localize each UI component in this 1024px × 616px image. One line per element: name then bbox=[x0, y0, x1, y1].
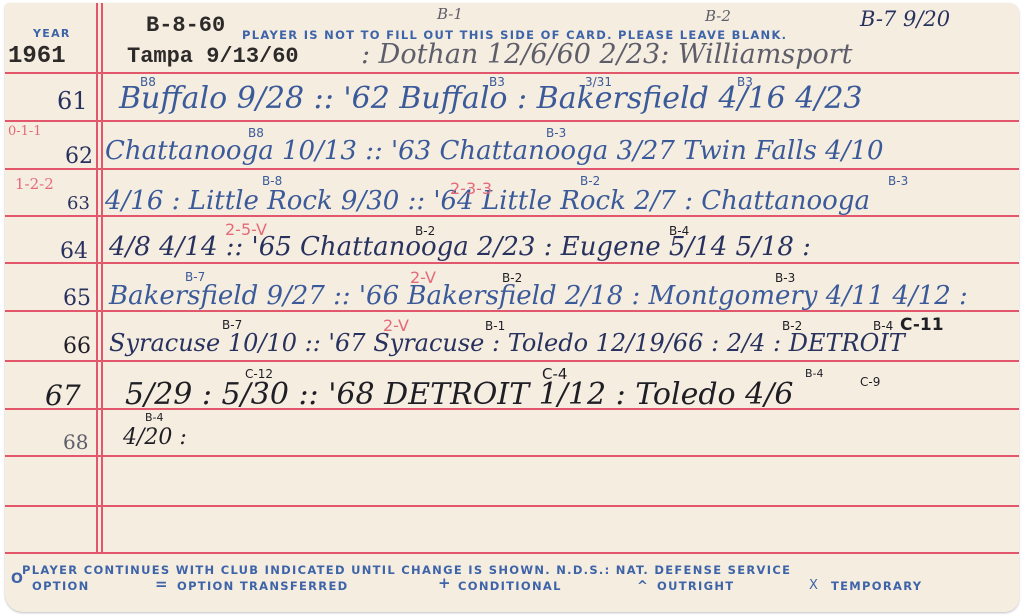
annotation: B-2 bbox=[580, 174, 600, 188]
rule-line bbox=[5, 505, 1019, 507]
row-entry: 4/8 4/14 :: '65 Chattanooga 2/23 : Eugen… bbox=[109, 232, 811, 262]
legend-conditional: CONDITIONAL bbox=[458, 579, 562, 593]
row-year: 61 bbox=[57, 87, 88, 115]
annotation: B3 bbox=[489, 75, 505, 89]
annotation: B-2 bbox=[782, 319, 802, 333]
annotation: B-7 bbox=[185, 270, 205, 284]
margin-note: 1-2-2 bbox=[15, 175, 54, 193]
row-entry: Chattanooga 10/13 :: '63 Chattanooga 3/2… bbox=[105, 136, 884, 166]
row-entry: Bakersfield 9/27 :: '66 Bakersfield 2/18… bbox=[109, 281, 968, 311]
row-entry: 5/29 : 5/30 :: '68 DETROIT 1/12 : Toledo… bbox=[125, 377, 793, 412]
annotation-red: 2-V bbox=[383, 316, 409, 335]
annotation: B-3 bbox=[546, 126, 566, 140]
option-transferred-symbol-icon: = bbox=[155, 575, 169, 593]
annotation: C-11 bbox=[900, 315, 944, 335]
margin-note: 0-1-1 bbox=[8, 124, 42, 139]
annotation: B-7 bbox=[222, 318, 242, 332]
annotation-red: 2-5-V bbox=[225, 220, 267, 239]
annotation-red: 2-V bbox=[410, 268, 436, 287]
row-1961-entries: : Dothan 12/6/60 2/23: Williamsport bbox=[361, 39, 853, 70]
annotation-red: 2-3-3 bbox=[450, 179, 492, 198]
year-value: 1961 bbox=[8, 43, 66, 70]
annotation-b2: B-2 bbox=[705, 7, 731, 25]
year-label: YEAR bbox=[33, 27, 71, 40]
legend-option: OPTION bbox=[32, 579, 90, 593]
conditional-symbol-icon: + bbox=[438, 574, 452, 592]
annotation: B-4 bbox=[805, 367, 824, 380]
column-divider bbox=[96, 3, 98, 552]
row-year: 66 bbox=[63, 334, 91, 359]
rule-line bbox=[5, 168, 1019, 170]
row-entry: Syracuse 10/10 :: '67 Syracuse : Toledo … bbox=[109, 329, 905, 357]
rule-line bbox=[5, 262, 1019, 264]
outright-symbol-icon: ^ bbox=[637, 579, 649, 594]
annotation: B-4 bbox=[145, 411, 164, 424]
annotation: B-1 bbox=[485, 319, 505, 333]
typed-entry: Tampa 9/13/60 bbox=[127, 44, 299, 69]
temporary-symbol-icon: X bbox=[809, 578, 819, 593]
annotation-top-right: B-7 9/20 bbox=[860, 7, 950, 31]
player-record-card: YEAR 1961 B-8-60 PLAYER IS NOT TO FILL O… bbox=[5, 3, 1019, 612]
legend-option-transferred: OPTION TRANSFERRED bbox=[177, 579, 348, 593]
row-year: 67 bbox=[45, 379, 81, 412]
option-symbol-icon: O bbox=[11, 571, 24, 587]
column-divider bbox=[101, 3, 103, 552]
row-year: 63 bbox=[67, 193, 90, 214]
legend-outright: OUTRIGHT bbox=[657, 579, 734, 593]
annotation: B8 bbox=[248, 126, 264, 140]
annotation: B-8 bbox=[262, 174, 282, 188]
row-year: 64 bbox=[60, 239, 88, 264]
annotation: B-4 bbox=[669, 224, 689, 238]
annotation: C-9 bbox=[860, 375, 880, 389]
annotation: B-2 bbox=[415, 224, 435, 238]
annotation: B8 bbox=[140, 75, 156, 89]
annotation: B-3 bbox=[888, 174, 908, 188]
annotation: B-3 bbox=[775, 271, 795, 285]
annotation: 3/31 bbox=[585, 75, 612, 89]
annotation-b1: B-1 bbox=[437, 5, 463, 23]
annotation: B3 bbox=[737, 75, 753, 89]
row-entry: 4/20 : bbox=[123, 425, 187, 450]
row-year: 68 bbox=[63, 430, 88, 454]
typed-code: B-8-60 bbox=[146, 13, 225, 38]
footer-notice: PLAYER CONTINUES WITH CLUB INDICATED UNT… bbox=[22, 563, 791, 577]
rule-line bbox=[5, 360, 1019, 362]
annotation: B-4 bbox=[873, 319, 893, 333]
row-year: 62 bbox=[65, 144, 93, 169]
rule-line bbox=[5, 455, 1019, 457]
annotation: C-12 bbox=[245, 367, 273, 381]
rule-line bbox=[5, 72, 1019, 74]
row-year: 65 bbox=[63, 286, 91, 311]
legend-temporary: TEMPORARY bbox=[831, 579, 922, 593]
rule-line bbox=[5, 552, 1019, 554]
annotation: B-2 bbox=[502, 271, 522, 285]
annotation: C-4 bbox=[542, 365, 567, 383]
rule-line bbox=[5, 120, 1019, 122]
